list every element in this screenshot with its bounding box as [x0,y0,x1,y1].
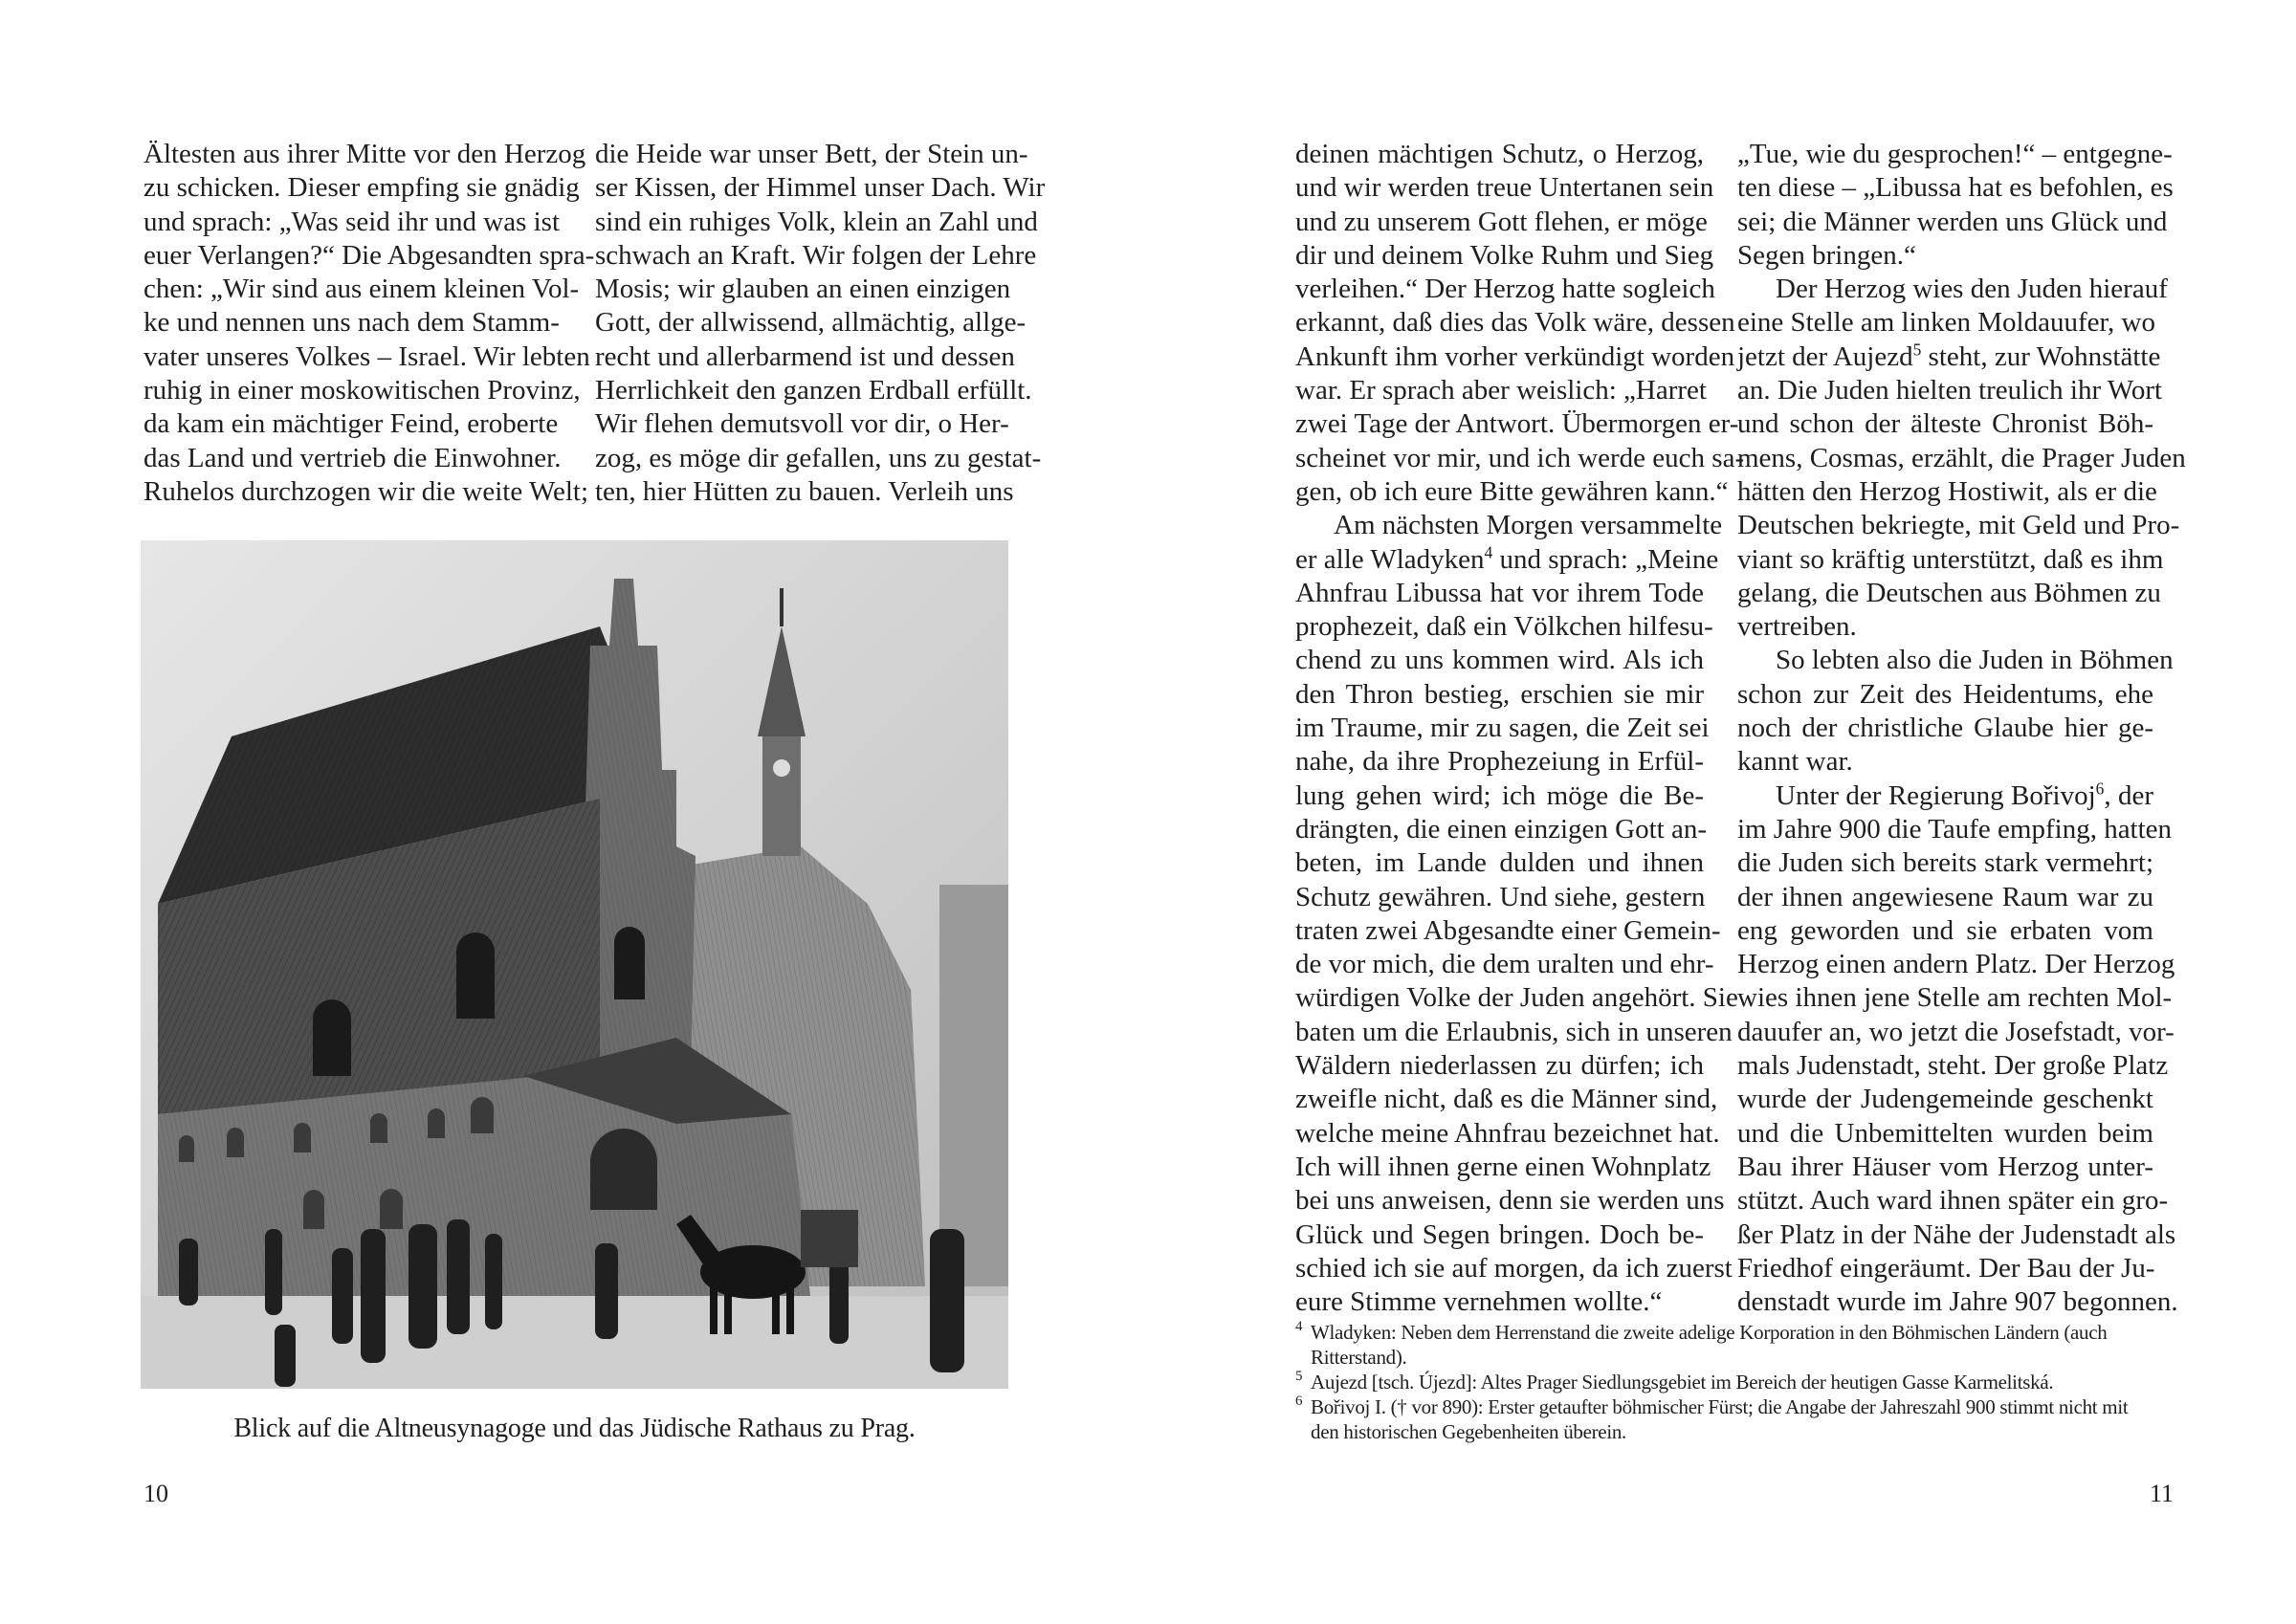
page-number-right: 11 [2150,1480,2174,1508]
text-line: zwei Tage der Antwort. Übermorgen er- [1295,407,1704,441]
text-line: Ahnfrau Libussa hat vor ihrem Tode [1295,577,1704,610]
footnotes: 4Wladyken: Neben dem Herrenstand die zwe… [1295,1320,2156,1444]
text-line: zweifle nicht, daß es die Männer sind, [1295,1083,1704,1116]
text-line: Ankunft ihm vorher verkündigt worden [1295,340,1704,374]
text-line: „Tue, wie du gesprochen!“ – entgegne- [1737,138,2153,171]
text-line: deinen mächtigen Schutz, o Herzog, [1295,138,1704,171]
text-line: Ältesten aus ihrer Mitte vor den Herzog [143,138,555,171]
text-line: Segen bringen.“ [1737,239,2153,273]
text-line: ten, hier Hütten zu bauen. Verleih uns [595,475,1008,509]
text-line: chen: „Wir sind aus einem kleinen Vol- [143,273,555,306]
text-line: mals Judenstadt, steht. Der große Platz [1737,1049,2153,1083]
right-page: deinen mächtigen Schutz, o Herzog,und wi… [1148,0,2296,1624]
text-line: Glück und Segen bringen. Doch be- [1295,1218,1704,1252]
text-line: an. Die Juden hielten treulich ihr Wort [1737,374,2153,407]
text-line: und sprach: „Was seid ihr und was ist [143,206,555,239]
text-line: der ihnen angewiesene Raum war zu [1737,881,2153,914]
footnote-text: Bořivoj I. († vor 890): Erster getaufter… [1311,1395,2128,1443]
text-line: Am nächsten Morgen versammelte [1295,509,1704,542]
footnote-5: 5Aujezd [tsch. Újezd]: Altes Prager Sied… [1295,1370,2156,1394]
text-line: ten diese – „Libussa hat es befohlen, es [1737,171,2153,205]
text-line: prophezeit, daß ein Völkchen hilfesu- [1295,610,1704,644]
text-line: chend zu uns kommen wird. Als ich [1295,644,1704,677]
text-line: Herzog einen andern Platz. Der Herzog [1737,948,2153,981]
text-line: baten um die Erlaubnis, sich in unseren [1295,1016,1704,1049]
text-line: de vor mich, die dem uralten und ehr- [1295,948,1704,981]
text-line: Bau ihrer Häuser vom Herzog unter- [1737,1151,2153,1184]
text-line: eng geworden und sie erbaten vom [1737,914,2153,948]
text-line: beten, im Lande dulden und ihnen [1295,846,1704,880]
footnote-number: 5 [1295,1364,1302,1389]
text-line: und zu unserem Gott flehen, er möge [1295,206,1704,239]
text-line: So lebten also die Juden in Böhmen [1737,644,2153,677]
text-line: drängten, die einen einzigen Gott an- [1295,813,1704,846]
footnote-number: 6 [1295,1389,1302,1414]
text-line: bei uns anweisen, denn sie werden uns [1295,1184,1704,1218]
text-fragment: und sprach: „Meine [1492,544,1718,575]
text-line: zu schicken. Dieser empfing sie gnädig [143,171,555,205]
text-line: denstadt wurde im Jahre 907 begonnen. [1737,1285,2153,1319]
footnote-text: Aujezd [tsch. Újezd]: Altes Prager Siedl… [1311,1371,2053,1394]
text-line: den Thron bestieg, erschien sie mir [1295,678,1704,712]
text-line: und wir werden treue Untertanen sein [1295,171,1704,205]
text-line: vertreiben. [1737,610,2153,644]
text-line: Deutschen bekriegte, mit Geld und Pro- [1737,509,2153,542]
text-line: dauufer an, wo jetzt die Josefstadt, vor… [1737,1016,2153,1049]
text-line: Friedhof eingeräumt. Der Bau der Ju- [1737,1252,2153,1285]
text-line: Schutz gewähren. Und siehe, gestern [1295,881,1704,914]
text-column-3: deinen mächtigen Schutz, o Herzog,und wi… [1295,138,1704,1319]
text-fragment: steht, zur Wohnstätte [1921,341,2160,372]
text-line: traten zwei Abgesandte einer Gemein- [1295,914,1704,948]
text-line: schon zur Zeit des Heidentums, ehe [1737,678,2153,712]
text-line: Wir flehen demutsvoll vor dir, o Her- [595,407,1008,441]
text-fragment: , der [2104,780,2153,811]
text-line: erkannt, daß dies das Volk wäre, dessen [1295,306,1704,340]
text-line: gelang, die Deutschen aus Böhmen zu [1737,577,2153,610]
illustration-caption: Blick auf die Altneusynagoge und das Jüd… [141,1414,1008,1444]
text-column-4: „Tue, wie du gesprochen!“ – entgegne-ten… [1737,138,2153,1319]
footnote-text: Wladyken: Neben dem Herrenstand die zwei… [1311,1321,2107,1369]
text-line: stützt. Auch ward ihnen später ein gro- [1737,1184,2153,1218]
text-line: und schon der älteste Chronist Böh- [1737,407,2153,441]
footnote-ref[interactable]: 5 [1913,340,1922,359]
text-line: Herrlichkeit den ganzen Erdball erfüllt. [595,374,1008,407]
text-line: wies ihnen jene Stelle am rechten Mol- [1737,981,2153,1015]
engraving-icon [141,540,1008,1389]
text-line: Ich will ihnen gerne einen Wohnplatz [1295,1151,1704,1184]
text-line: sei; die Männer werden uns Glück und [1737,206,2153,239]
text-line: Wäldern niederlassen zu dürfen; ich [1295,1049,1704,1083]
footnote-ref[interactable]: 4 [1485,542,1493,561]
text-line: die Heide war unser Bett, der Stein un- [595,138,1008,171]
text-column-2: die Heide war unser Bett, der Stein un- … [595,138,1008,509]
text-line: ke und nennen uns nach dem Stamm- [143,306,555,340]
left-page: Ältesten aus ihrer Mitte vor den Herzog … [0,0,1148,1624]
text-fragment: jetzt der Aujezd [1737,341,1913,372]
text-line: ruhig in einer moskowitischen Provinz, [143,374,555,407]
text-line: verleihen.“ Der Herzog hatte sogleich [1295,273,1704,306]
text-line: und die Unbemittelten wurden beim [1737,1117,2153,1151]
text-line: eine Stelle am linken Moldauufer, wo [1737,306,2153,340]
text-line: welche meine Ahnfrau bezeichnet hat. [1295,1117,1704,1151]
text-line: Gott, der allwissend, allmächtig, allge- [595,306,1008,340]
text-line: ßer Platz in der Nähe der Judenstadt als [1737,1218,2153,1252]
text-line: da kam ein mächtiger Feind, eroberte [143,407,555,441]
footnote-6: 6Bořivoj I. († vor 890): Erster getaufte… [1295,1394,2156,1444]
text-line: viant so kräftig unterstützt, daß es ihm [1737,543,2153,577]
text-fragment: er alle Wladyken [1295,544,1485,575]
text-line: schwach an Kraft. Wir folgen der Lehre [595,239,1008,273]
text-line: Unter der Regierung Bořivoj6, der [1737,779,2153,813]
text-line: er alle Wladyken4 und sprach: „Meine [1295,543,1704,577]
text-line: mens, Cosmas, erzählt, die Prager Juden [1737,442,2153,475]
text-line: sind ein ruhiges Volk, klein an Zahl und [595,206,1008,239]
text-line: eure Stimme vernehmen wollte.“ [1295,1285,1704,1319]
text-line: hätten den Herzog Hostiwit, als er die [1737,475,2153,509]
text-line: Ruhelos durchzogen wir die weite Welt; [143,475,555,509]
text-line: war. Er sprach aber weislich: „Harret [1295,374,1704,407]
text-line: scheinet vor mir, und ich werde euch sa- [1295,442,1704,475]
text-line: recht und allerbarmend ist und dessen [595,340,1008,374]
text-line: die Juden sich bereits stark vermehrt; [1737,846,2153,880]
text-line: vater unseres Volkes – Israel. Wir lebte… [143,340,555,374]
text-line: Mosis; wir glauben an einen einzigen [595,273,1008,306]
text-line: jetzt der Aujezd5 steht, zur Wohnstätte [1737,340,2153,374]
text-column-1: Ältesten aus ihrer Mitte vor den Herzog … [143,138,555,509]
text-line: euer Verlangen?“ Die Abgesandten spra- [143,239,555,273]
text-line: das Land und vertrieb die Einwohner. [143,442,555,475]
text-line: würdigen Volke der Juden angehört. Sie [1295,981,1704,1015]
text-line: zog, es möge dir gefallen, uns zu gestat… [595,442,1008,475]
text-line: gen, ob ich eure Bitte gewähren kann.“ [1295,475,1704,509]
text-line: im Traume, mir zu sagen, die Zeit sei [1295,712,1704,745]
text-fragment: Unter der Regierung Bořivoj [1776,780,2096,811]
synagogue-engraving [141,540,1008,1389]
text-line: kannt war. [1737,745,2153,779]
text-line: noch der christliche Glaube hier ge- [1737,712,2153,745]
page-number-left: 10 [143,1480,168,1508]
text-line: im Jahre 900 die Taufe empfing, hatten [1737,813,2153,846]
text-line: Der Herzog wies den Juden hierauf [1737,273,2153,306]
text-line: schied ich sie auf morgen, da ich zuerst [1295,1252,1704,1285]
text-line: lung gehen wird; ich möge die Be- [1295,779,1704,813]
text-line: dir und deinem Volke Ruhm und Sieg [1295,239,1704,273]
footnote-number: 4 [1295,1314,1302,1339]
text-line: nahe, da ihre Prophezeiung in Erfül- [1295,745,1704,779]
text-line: wurde der Judengemeinde geschenkt [1737,1083,2153,1116]
text-line: ser Kissen, der Himmel unser Dach. Wir [595,171,1008,205]
footnote-4: 4Wladyken: Neben dem Herrenstand die zwe… [1295,1320,2156,1370]
